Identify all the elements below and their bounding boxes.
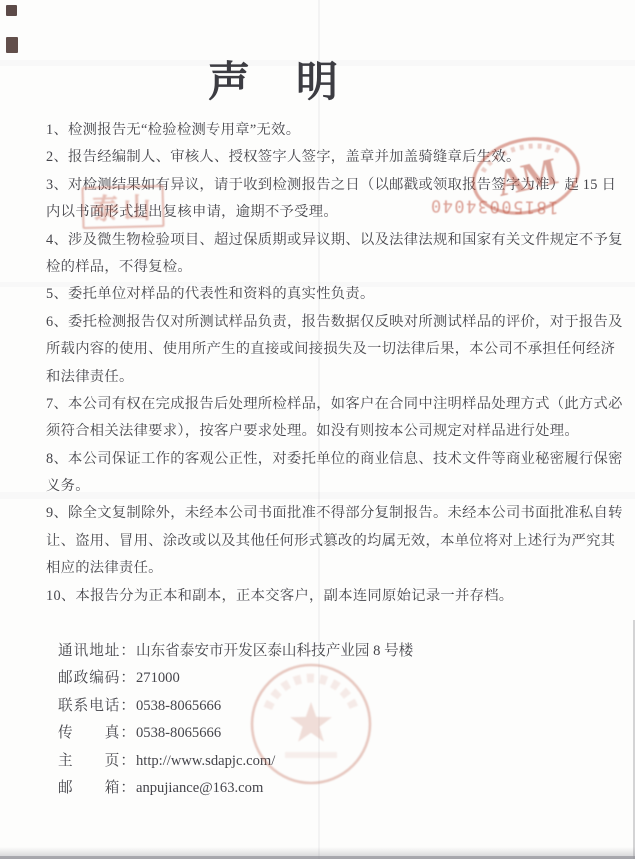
statement-line: 10、本报告分为正本和副本，正本交客户，副本连同原始记录一并存档。 — [46, 583, 621, 610]
page-title: 声 明 — [208, 60, 340, 106]
statement-line: 4、涉及微生物检验项目、超过保质期或异议期、以及法律法规和国家有关文件规定不予复 — [46, 227, 621, 254]
round-official-seal-stamp — [243, 656, 379, 797]
contact-value: 0538-8065666 — [136, 725, 221, 741]
contact-value: 0538-8065666 — [136, 698, 221, 714]
statement-line: 1、检测报告无“检验检测专用章”无效。 — [46, 117, 621, 144]
statement-line: 2、报告经编制人、审核人、授权签字人签字，盖章并加盖骑缝章后生效。 — [46, 144, 621, 171]
statement-line: 5、委托单位对样品的代表性和资料的真实性负责。 — [46, 281, 621, 308]
seal-bottom-text-blur — [285, 752, 337, 758]
scan-mark — [6, 5, 17, 16]
statement-line: 8、本公司保证工作的客观公正性，对委托单位的商业信息、技术文件等商业秘密履行保密 — [46, 446, 621, 473]
seal-star-icon — [290, 702, 332, 742]
contact-label: 邮政编码： — [58, 670, 136, 686]
statement-line: 让、盗用、冒用、涂改或以及其他任何形式篡改的均属无效，本单位将对上述行为严究其 — [46, 528, 621, 555]
statement-item: 9、除全文复制除外，未经本公司书面批准不得部分复制报告。未经本公司书面批准私自转… — [46, 500, 621, 582]
contact-value: 271000 — [136, 670, 180, 686]
statement-line: 所载内容的使用、使用所产生的直接或间接损失及一切法律后果，本公司不承担任何经济 — [46, 336, 621, 363]
contact-label: 传 真： — [58, 725, 136, 741]
rect-stamp: 泰山 — [81, 185, 164, 229]
rect-stamp-text: 泰山 — [90, 186, 155, 228]
statement-line: 义务。 — [46, 473, 621, 500]
statement-item: 4、涉及微生物检验项目、超过保质期或异议期、以及法律法规和国家有关文件规定不予复… — [46, 227, 621, 282]
statement-item: 2、报告经编制人、审核人、授权签字人签字，盖章并加盖骑缝章后生效。 — [46, 144, 621, 171]
statement-line: 相应的法律责任。 — [46, 555, 621, 582]
contact-label: 通讯地址： — [58, 643, 136, 659]
statement-item: 6、委托检测报告仅对所测试样品负责，报告数据仅反映对所测试样品的评价，对于报告及… — [46, 309, 621, 391]
scan-mark — [6, 37, 18, 53]
statement-item: 5、委托单位对样品的代表性和资料的真实性负责。 — [46, 281, 621, 308]
statement-line: 检的样品，不得复检。 — [46, 254, 621, 281]
statement-line: 6、委托检测报告仅对所测试样品负责，报告数据仅反映对所测试样品的评价，对于报告及 — [46, 309, 621, 336]
statement-item: 8、本公司保证工作的客观公正性，对委托单位的商业信息、技术文件等商业秘密履行保密… — [46, 446, 621, 501]
contact-label: 邮 箱： — [58, 780, 136, 796]
contact-label: 主 页： — [58, 753, 136, 769]
round-seal-graphic — [243, 656, 379, 792]
statement-item: 10、本报告分为正本和副本，正本交客户，副本连同原始记录一并存档。 — [46, 583, 621, 610]
scanned-statement-page: 声 明 1、检测报告无“检验检测专用章”无效。2、报告经编制人、审核人、授权签字… — [0, 0, 635, 859]
statement-item: 1、检测报告无“检验检测专用章”无效。 — [46, 117, 621, 144]
statement-line: 须符合相关法律要求），按客户要求处理。如没有则按本公司规定对样品进行处理。 — [46, 418, 621, 445]
statement-line: 7、本公司有权在完成报告后处理所检样品，如客户在合同中注明样品处理方式（此方式必 — [46, 391, 621, 418]
statement-line: 和法律责任。 — [46, 364, 621, 391]
statement-item: 7、本公司有权在完成报告后处理所检样品，如客户在合同中注明样品处理方式（此方式必… — [46, 391, 621, 446]
stamp-serial-number: 18150034040 — [428, 191, 560, 217]
statement-line: 9、除全文复制除外，未经本公司书面批准不得部分复制报告。未经本公司书面批准私自转 — [46, 500, 621, 527]
contact-label: 联系电话： — [58, 698, 136, 714]
